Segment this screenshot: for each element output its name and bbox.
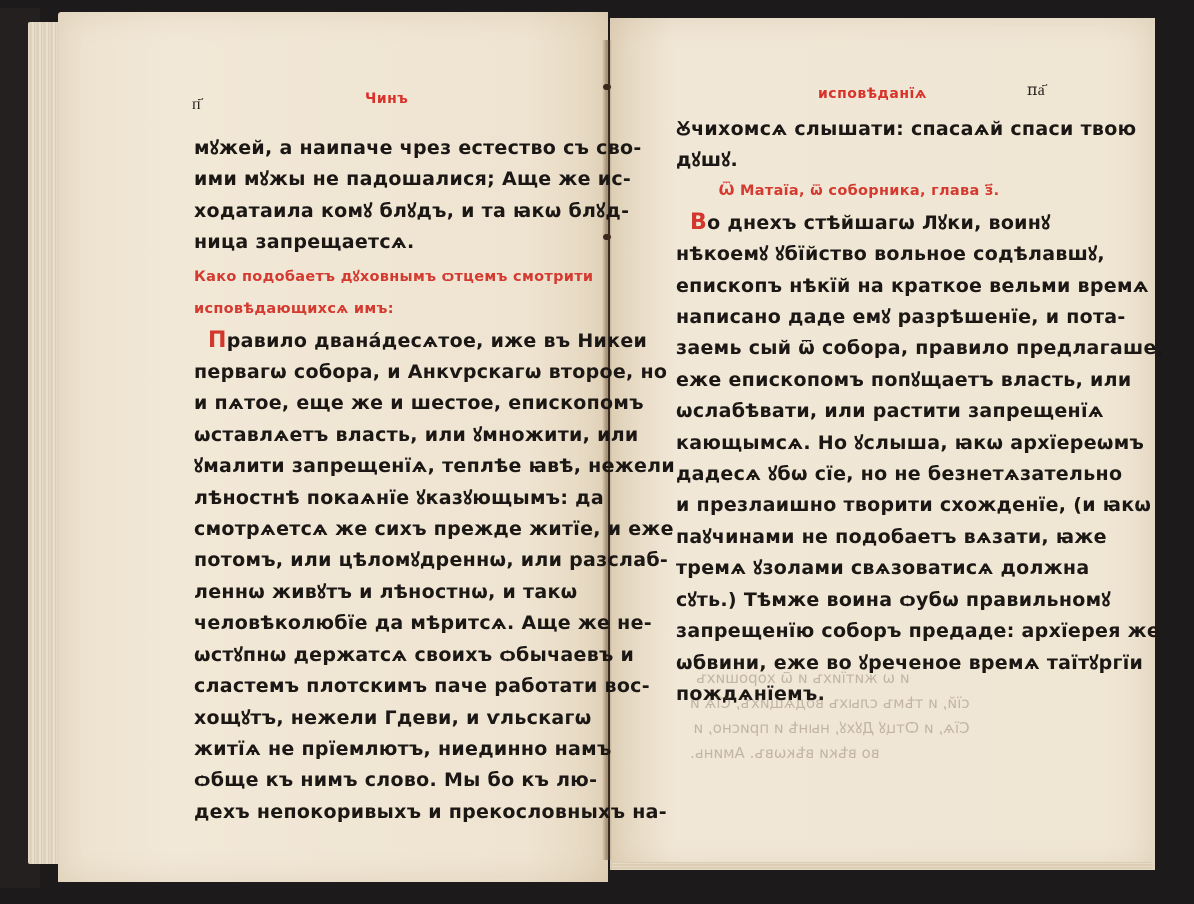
- text-line: ѡставлѧетъ власть, или ꙋмножити, или: [194, 420, 574, 451]
- rubric-heading: исповѣдающихсѧ имъ:: [194, 293, 574, 325]
- text-line: житїѧ не прїемлютъ, ниединно намъ: [194, 734, 574, 765]
- binding-stitch: [603, 84, 611, 90]
- text-line: Во днехъ стѣйшагѡ Лꙋки, воинꙋ: [676, 207, 1042, 239]
- rubric-heading: Ѿ Матаїа, ѿ соборника, глава з҃.: [676, 175, 1042, 207]
- text-line: сластемъ плотскимъ паче работати вос-: [194, 671, 574, 702]
- text-line: запрещенїю соборъ предаде: архїерея же: [676, 616, 1042, 647]
- show-through-text: и ѡ житїихъ и ѿ хорошихъ сїй, и тѣмъ слы…: [690, 666, 970, 766]
- text-line: ѡслабѣвати, или растити запрещенїѧ: [676, 396, 1042, 427]
- text-line: паꙋчинами не подобаетъ вѧзати, ꙗже: [676, 522, 1042, 553]
- binding-stitch: [603, 234, 611, 240]
- text-line: дехъ непокоривыхъ и прекословныхъ на-: [194, 797, 574, 828]
- text-line: леннѡ живꙋтъ и лѣностнѡ, и такѡ: [194, 577, 574, 608]
- page-edges-bottom: [612, 862, 1152, 870]
- left-folio-number: п҃: [192, 94, 201, 114]
- text-line: ими мꙋжы не падошалися; Аще же ис-: [194, 164, 574, 195]
- text-line: ꙋмалити запрещенїѧ, теплѣе ꙗвѣ, нежели: [194, 451, 574, 482]
- text-line: тремѧ ꙋзолами свѧзоватисѧ должна: [676, 553, 1042, 584]
- text-line: и пѧтое, еще же и шестое, епископомъ: [194, 388, 574, 419]
- text-line: Ꙋчихомсѧ слышати: спасаѧй спаси твою: [676, 114, 1042, 145]
- text-line: человѣколюбїе да мѣритсѧ. Аще же не-: [194, 608, 574, 639]
- text-line: ница запрещаетсѧ.: [194, 227, 574, 258]
- text-line: лѣностнѣ покаѧнїе ꙋказꙋющымъ: да: [194, 483, 574, 514]
- text-line: дꙋшꙋ.: [676, 145, 1042, 176]
- text-line: Правило двана́десѧтое, иже въ Никеи: [194, 325, 574, 357]
- left-page-text: мꙋжей, а наипаче чрез естество съ сво- и…: [194, 133, 574, 828]
- book-gutter: [602, 40, 612, 860]
- text-line: ходатаила комꙋ блꙋдъ, и та ꙗкѡ блꙋд-: [194, 196, 574, 227]
- rubric-heading: Како подобаетъ дꙋховнымъ ѻтцемъ смотрити: [194, 261, 574, 293]
- text-line: ѡстꙋпнѡ держатсѧ своихъ ѻбычаевъ и: [194, 640, 574, 671]
- text-line: хощꙋтъ, нежели Гдеви, и ѵльскагѡ: [194, 703, 574, 734]
- red-initial: В: [690, 210, 707, 235]
- right-folio-number: па҃: [1027, 80, 1045, 100]
- text-line: кающымсѧ. Но ꙋслыша, ꙗкѡ архїереѡмъ: [676, 428, 1042, 459]
- text-line: мꙋжей, а наипаче чрез естество съ сво-: [194, 133, 574, 164]
- red-initial: П: [208, 328, 227, 353]
- text-line: написано даде емꙋ разрѣшенїе, и пота-: [676, 302, 1042, 333]
- right-running-head: исповѣданїѧ: [818, 86, 927, 102]
- text-line: сꙋть.) Тѣмже воина ѻубѡ правильномꙋ: [676, 585, 1042, 616]
- text-line: ѻбще къ нимъ слово. Мы бо къ лю-: [194, 765, 574, 796]
- text-line: нѣкоемꙋ ꙋбїйство вольное содѣлавшꙋ,: [676, 239, 1042, 270]
- text-line: смотрѧетсѧ же сихъ прежде житїе, и еже: [194, 514, 574, 545]
- right-page-text: Ꙋчихомсѧ слышати: спасаѧй спаси твою дꙋш…: [676, 114, 1042, 710]
- text-line: первагѡ собора, и Анкѵрскагѡ второе, но: [194, 357, 574, 388]
- book-spread: · · · · · · · · · · · п҃ Чинъ мꙋжей, а н…: [0, 0, 1194, 904]
- text-line: епископъ нѣкїй на краткое вельми времѧ: [676, 271, 1042, 302]
- text-line: еже епископомъ попꙋщаетъ власть, или: [676, 365, 1042, 396]
- text-line: и презлаишно творити схожденїе, (и ꙗкѡ: [676, 490, 1042, 521]
- text-line: дадесѧ ꙋбѡ сїе, но не безнетѧзательно: [676, 459, 1042, 490]
- left-running-head: Чинъ: [365, 91, 408, 107]
- text-line: потомъ, или цѣломꙋдреннѡ, или разслаб-: [194, 545, 574, 576]
- text-line: заемь сый ѿ собора, правило предлагаше,: [676, 333, 1042, 364]
